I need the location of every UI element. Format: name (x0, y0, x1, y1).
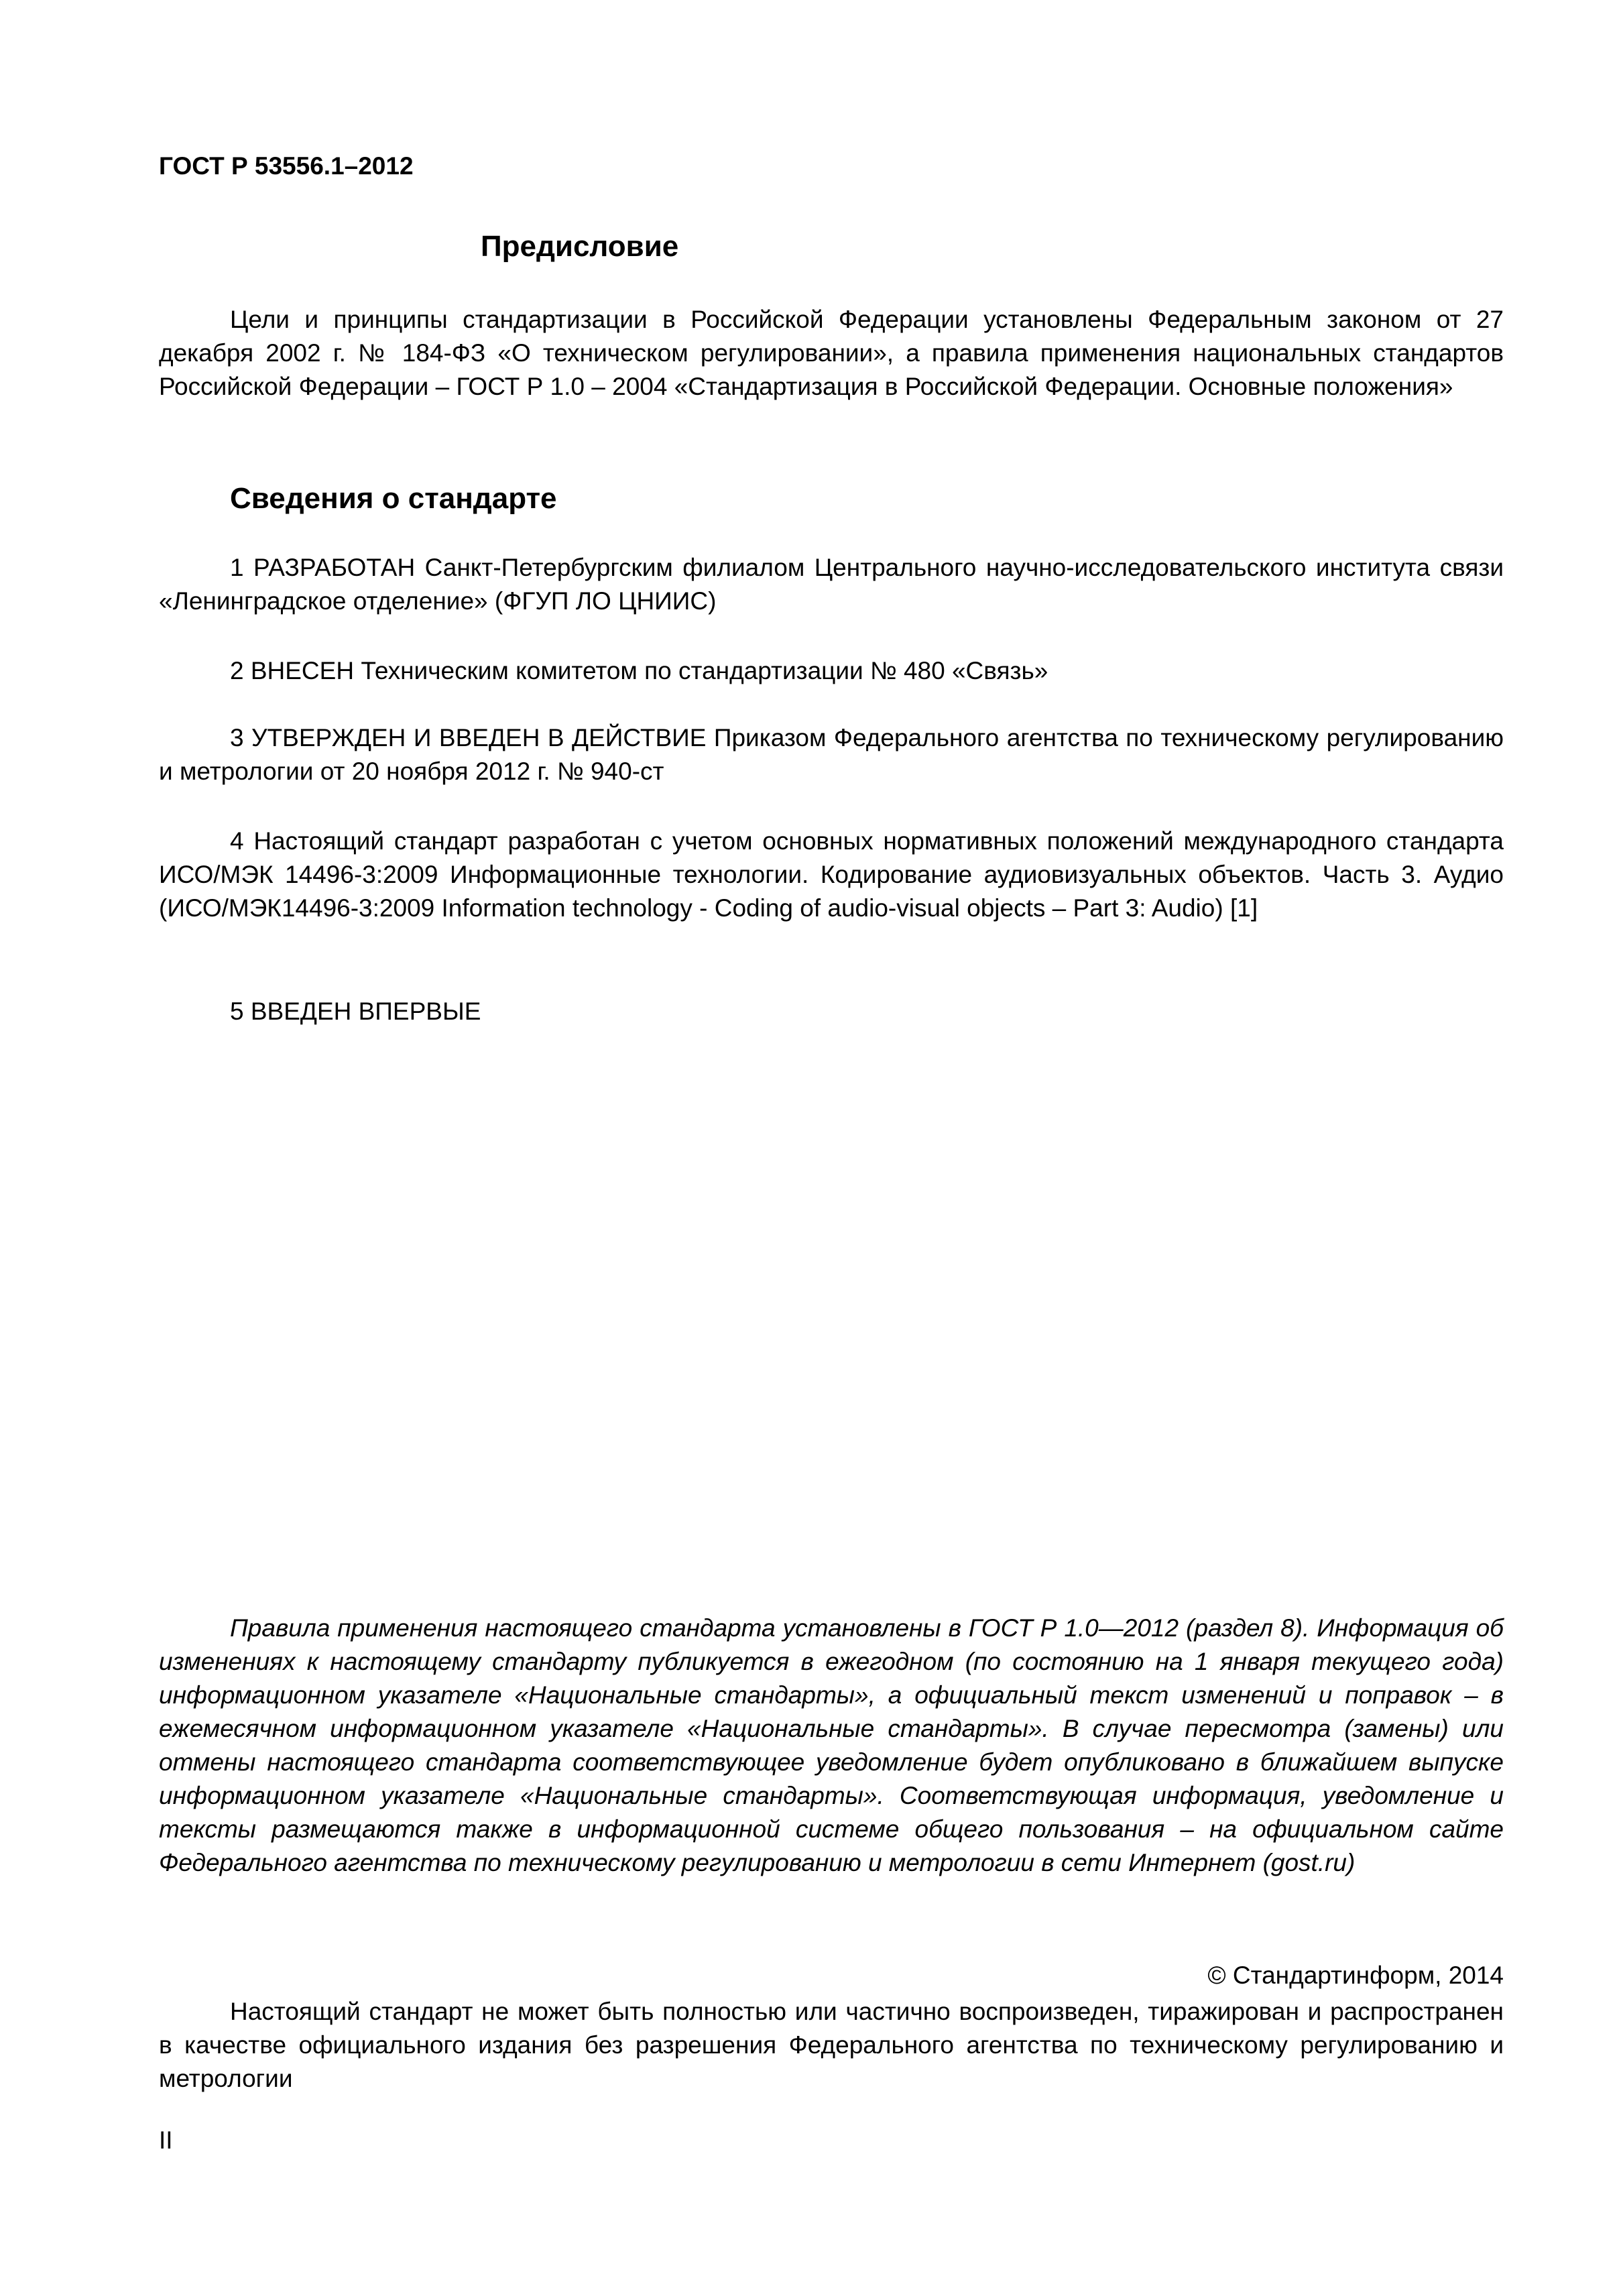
item-submitted: 2 ВНЕСЕН Техническим комитетом по станда… (159, 654, 1504, 688)
standard-info-item: 4 Настоящий стандарт разработан с учетом… (159, 825, 1504, 925)
item-introduced: 5 ВВЕДЕН ВПЕРВЫЕ (159, 995, 1504, 1028)
copyright: © Стандартинформ, 2014 (1207, 1959, 1504, 1992)
standard-info-item: 2 ВНЕСЕН Техническим комитетом по станда… (159, 654, 1504, 688)
standard-info-item: 1 РАЗРАБОТАН Санкт-Петербургским филиало… (159, 551, 1504, 618)
document-code: ГОСТ Р 53556.1–2012 (159, 152, 414, 181)
item-developed: 1 РАЗРАБОТАН Санкт-Петербургским филиало… (159, 551, 1504, 618)
preface-title: Предисловие (159, 229, 1504, 264)
legal-notice: Настоящий стандарт не может быть полност… (159, 1995, 1504, 2096)
application-rules-note: Правила применения настоящего стандарта … (159, 1612, 1504, 1880)
standard-info-item: 3 УТВЕРЖДЕН И ВВЕДЕН В ДЕЙСТВИЕ Приказом… (159, 721, 1504, 788)
note-paragraph: Правила применения настоящего стандарта … (159, 1612, 1504, 1880)
standard-info-title: Сведения о стандарте (230, 481, 557, 516)
standard-info-item: 5 ВВЕДЕН ВПЕРВЫЕ (159, 995, 1504, 1028)
page-number: II (159, 2124, 173, 2157)
preface-section: Цели и принципы стандартизации в Российс… (159, 303, 1504, 404)
item-basis: 4 Настоящий стандарт разработан с учетом… (159, 825, 1504, 925)
legal-paragraph: Настоящий стандарт не может быть полност… (159, 1995, 1504, 2096)
item-approved: 3 УТВЕРЖДЕН И ВВЕДЕН В ДЕЙСТВИЕ Приказом… (159, 721, 1504, 788)
preface-paragraph: Цели и принципы стандартизации в Российс… (159, 303, 1504, 404)
